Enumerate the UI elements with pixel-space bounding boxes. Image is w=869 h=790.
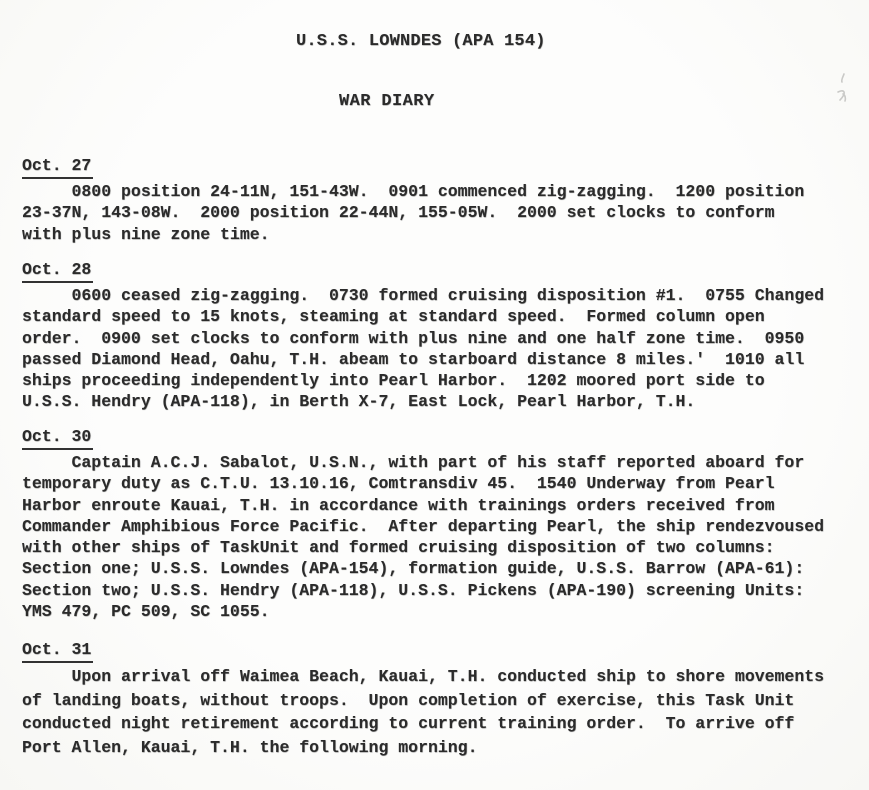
entry-date: Oct. 30	[22, 426, 854, 450]
diary-entry: Oct. 31 Upon arrival off Waimea Beach, K…	[22, 639, 854, 759]
diary-entry: Oct. 28 0600 ceased zig-zagging. 0730 fo…	[22, 259, 854, 413]
entry-body: 0600 ceased zig-zagging. 0730 formed cru…	[22, 285, 854, 413]
entry-body: 0800 position 24-11N, 151-43W. 0901 comm…	[22, 181, 854, 245]
entry-date-text: Oct. 30	[22, 426, 93, 450]
entry-date: Oct. 28	[22, 259, 854, 283]
entry-date-text: Oct. 31	[22, 639, 93, 663]
entry-date-text: Oct. 27	[22, 155, 93, 179]
document-title: U.S.S. LOWNDES (APA 154)	[296, 31, 546, 52]
document-page: U.S.S. LOWNDES (APA 154) WAR DIARY Oct. …	[0, 0, 869, 790]
entry-date-text: Oct. 28	[22, 259, 93, 283]
entry-body: Upon arrival off Waimea Beach, Kauai, T.…	[22, 665, 854, 759]
entry-date: Oct. 31	[22, 639, 854, 663]
document-subtitle: WAR DIARY	[339, 91, 434, 112]
entry-body: Captain A.C.J. Sabalot, U.S.N., with par…	[22, 452, 854, 622]
diary-entry: Oct. 27 0800 position 24-11N, 151-43W. 0…	[22, 155, 854, 245]
diary-entry: Oct. 30 Captain A.C.J. Sabalot, U.S.N., …	[22, 426, 854, 622]
entry-date: Oct. 27	[22, 155, 854, 179]
pencil-smudge-mark	[828, 70, 854, 112]
